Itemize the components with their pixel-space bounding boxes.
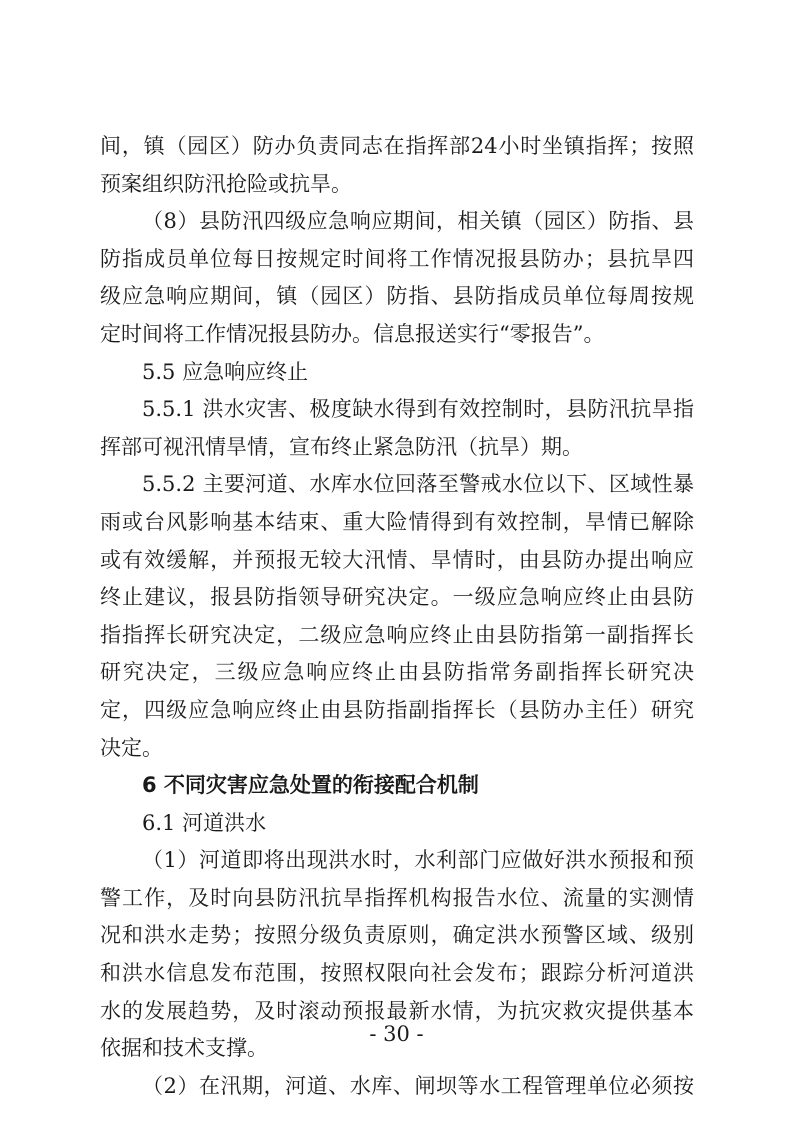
subsection-heading: 6.1 河道洪水 <box>100 805 694 843</box>
text-line: 级应急响应期间，镇（园区）防指、县防指成员单位每周按规 <box>100 278 694 316</box>
text-line: 或有效缓解，并预报无较大汛情、旱情时，由县防办提出响应 <box>100 542 694 580</box>
text-line: 终止建议，报县防指领导研究决定。一级应急响应终止由县防 <box>100 579 694 617</box>
text-line: 防指成员单位每日按规定时间将工作情况报县防办；县抗旱四 <box>100 241 694 279</box>
text-line: （8）县防汛四级应急响应期间，相关镇（园区）防指、县 <box>100 203 694 241</box>
text-line: 警工作，及时向县防汛抗旱指挥机构报告水位、流量的实测情 <box>100 880 694 918</box>
text-line: 5.5.1 洪水灾害、极度缺水得到有效控制时，县防汛抗旱指 <box>100 391 694 429</box>
text-line: 5.5.2 主要河道、水库水位回落至警戒水位以下、区域性暴 <box>100 466 694 504</box>
document-body: 间，镇（园区）防办负责同志在指挥部24小时坐镇指挥；按照预案组织防汛抢险或抗旱。… <box>100 128 694 1105</box>
text-line: 决定。 <box>100 730 694 768</box>
subsection-heading: 5.5 应急响应终止 <box>100 354 694 392</box>
text-line: 研究决定，三级应急响应终止由县防指常务副指挥长研究决 <box>100 654 694 692</box>
text-line: 预案组织防汛抢险或抗旱。 <box>100 166 694 204</box>
page-number: - 30 - <box>0 1022 793 1046</box>
text-line: 况和洪水走势；按照分级负责原则，确定洪水预警区域、级别 <box>100 917 694 955</box>
section-heading: 6 不同灾害应急处置的衔接配合机制 <box>100 767 694 805</box>
text-line: （2）在汛期，河道、水库、闸坝等水工程管理单位必须按 <box>100 1068 694 1106</box>
text-line: 指指挥长研究决定，二级应急响应终止由县防指第一副指挥长 <box>100 617 694 655</box>
text-line: 挥部可视汛情旱情，宣布终止紧急防汛（抗旱）期。 <box>100 429 694 467</box>
text-line: 间，镇（园区）防办负责同志在指挥部24小时坐镇指挥；按照 <box>100 128 694 166</box>
text-line: 雨或台风影响基本结束、重大险情得到有效控制，旱情已解除 <box>100 504 694 542</box>
text-line: 和洪水信息发布范围，按照权限向社会发布；跟踪分析河道洪 <box>100 955 694 993</box>
text-line: 定，四级应急响应终止由县防指副指挥长（县防办主任）研究 <box>100 692 694 730</box>
text-line: （1）河道即将出现洪水时，水利部门应做好洪水预报和预 <box>100 842 694 880</box>
text-line: 定时间将工作情况报县防办。信息报送实行“零报告”。 <box>100 316 694 354</box>
